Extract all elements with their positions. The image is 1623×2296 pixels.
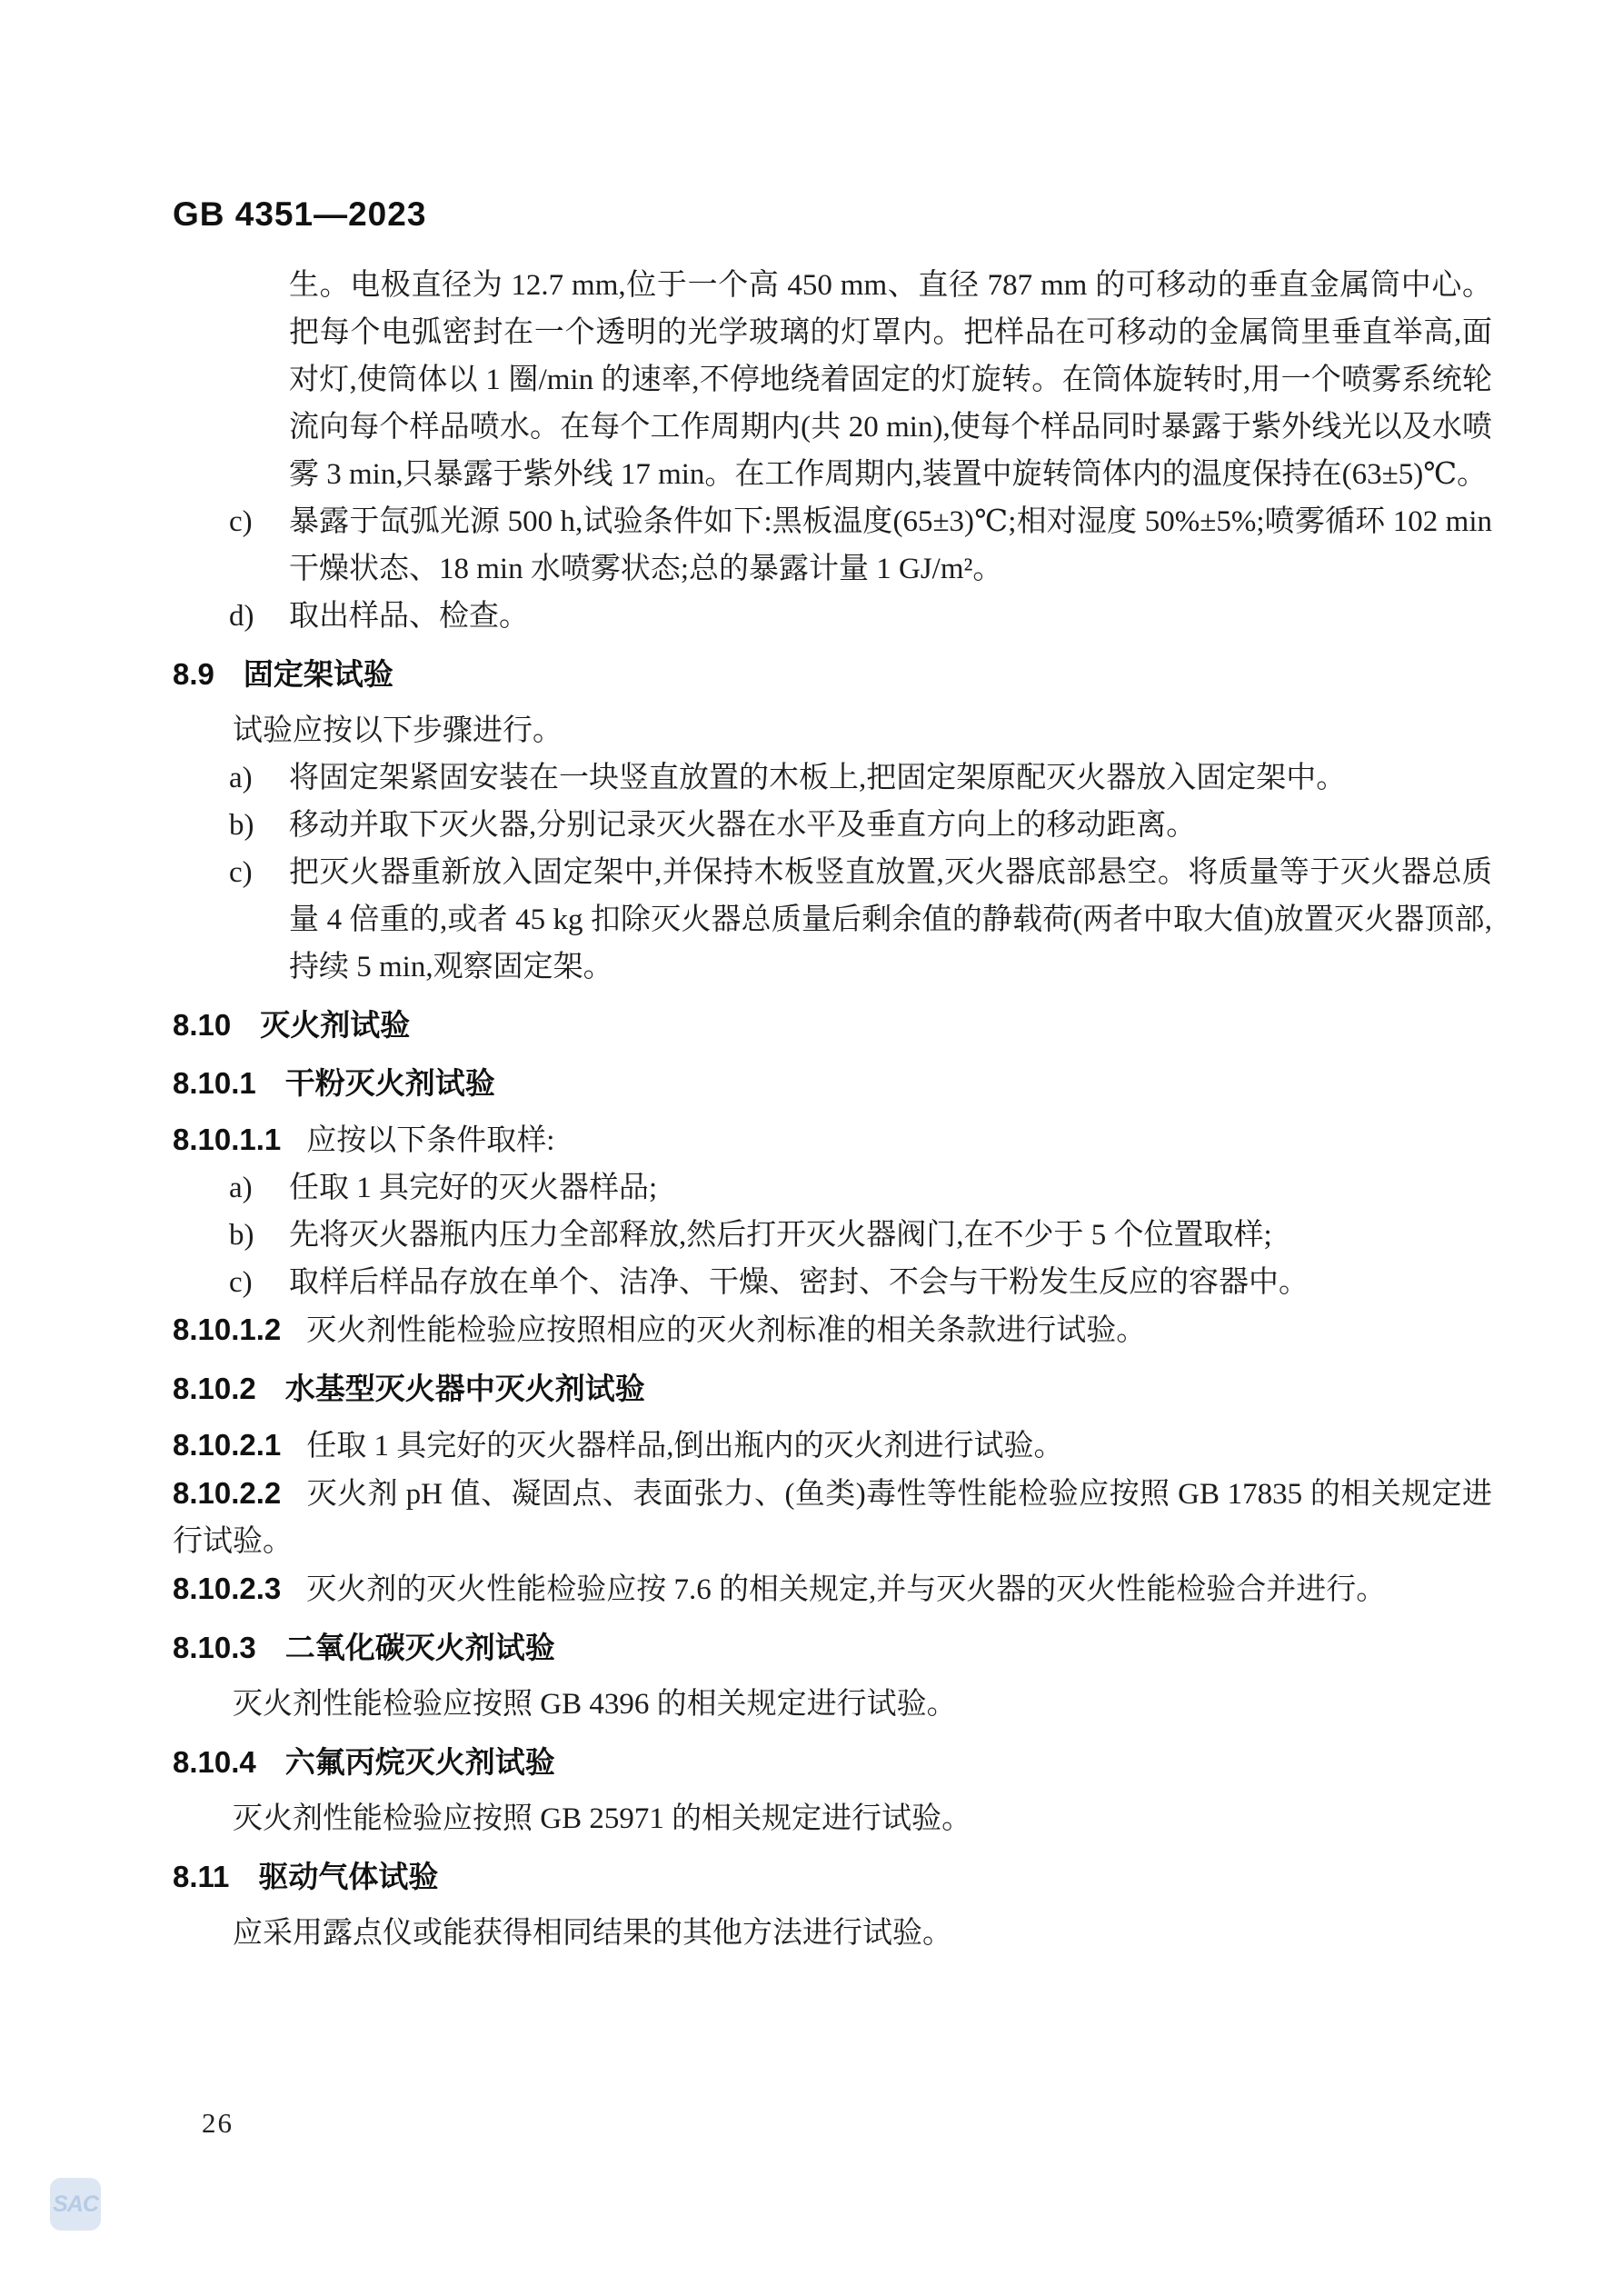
paragraph: 灭火剂性能检验应按照 GB 25971 的相关规定进行试验。 — [173, 1795, 1492, 1842]
page-number: 26 — [202, 2107, 234, 2140]
clause-8.10.1.2: 8.10.1.2灭火剂性能检验应按照相应的灭火剂标准的相关条款进行试验。 — [173, 1306, 1492, 1354]
section-heading-8.10.2: 8.10.2水基型灭火器中灭火剂试验 — [173, 1365, 1492, 1413]
section-number: 8.10 — [173, 1008, 231, 1042]
list-item-c: c) 把灭火器重新放入固定架中,并保持木板竖直放置,灭火器底部悬空。将质量等于灭… — [173, 849, 1492, 991]
list-item-text: 取样后样品存放在单个、洁净、干燥、密封、不会与干粉发生反应的容器中。 — [289, 1266, 1309, 1299]
list-item-a: a) 任取 1 具完好的灭火器样品; — [173, 1164, 1492, 1212]
clause-8.10.1.1: 8.10.1.1应按以下条件取样: — [173, 1116, 1492, 1164]
section-title: 水基型灭火器中灭火剂试验 — [285, 1372, 645, 1405]
section-title: 驱动气体试验 — [258, 1860, 438, 1893]
section-number: 8.10.1 — [173, 1066, 256, 1100]
clause-text: 灭火剂性能检验应按照相应的灭火剂标准的相关条款进行试验。 — [306, 1314, 1146, 1347]
list-item-label: c) — [229, 1259, 253, 1306]
list-item-b: b) 移动并取下灭火器,分别记录灭火器在水平及垂直方向上的移动距离。 — [173, 802, 1492, 849]
list-item-text: 先将灭火器瓶内压力全部释放,然后打开灭火器阀门,在不少于 5 个位置取样; — [289, 1219, 1272, 1252]
list-item-label: c) — [229, 498, 253, 545]
paragraph-continuation: 生。电极直径为 12.7 mm,位于一个高 450 mm、直径 787 mm 的… — [289, 262, 1492, 498]
clause-number: 8.10.2.2 — [173, 1476, 281, 1510]
list-item-label: a) — [229, 754, 253, 802]
list-item-b: b) 先将灭火器瓶内压力全部释放,然后打开灭火器阀门,在不少于 5 个位置取样; — [173, 1212, 1492, 1259]
section-title: 六氟丙烷灭火剂试验 — [285, 1745, 555, 1779]
paragraph: 灭火剂性能检验应按照 GB 4396 的相关规定进行试验。 — [173, 1681, 1492, 1728]
document-page: GB 4351—2023 生。电极直径为 12.7 mm,位于一个高 450 m… — [0, 0, 1623, 2296]
list-item-label: b) — [229, 802, 254, 849]
list-item-label: b) — [229, 1212, 254, 1259]
section-number: 8.11 — [173, 1860, 229, 1893]
list-item-label: d) — [229, 593, 254, 640]
clause-number: 8.10.2.1 — [173, 1428, 281, 1462]
document-body: 生。电极直径为 12.7 mm,位于一个高 450 mm、直径 787 mm 的… — [173, 262, 1492, 1957]
section-heading-8.10.4: 8.10.4六氟丙烷灭火剂试验 — [173, 1739, 1492, 1786]
list-item-c: c) 暴露于氙弧光源 500 h,试验条件如下:黑板温度(65±3)℃;相对湿度… — [173, 498, 1492, 593]
list-item-text: 移动并取下灭火器,分别记录灭火器在水平及垂直方向上的移动距离。 — [289, 809, 1196, 842]
clause-8.10.2.2: 8.10.2.2灭火剂 pH 值、凝固点、表面张力、(鱼类)毒性等性能检验应按照… — [173, 1470, 1492, 1565]
section-title: 灭火剂试验 — [260, 1008, 410, 1042]
list-item-a: a) 将固定架紧固安装在一块竖直放置的木板上,把固定架原配灭火器放入固定架中。 — [173, 754, 1492, 802]
clause-text: 灭火剂的灭火性能检验应按 7.6 的相关规定,并与灭火器的灭火性能检验合并进行。 — [306, 1573, 1386, 1606]
clause-number: 8.10.2.3 — [173, 1572, 281, 1605]
list-item-d: d) 取出样品、检查。 — [173, 593, 1492, 640]
section-number: 8.10.4 — [173, 1745, 256, 1779]
standard-code-header: GB 4351—2023 — [173, 195, 426, 234]
list-item-text: 将固定架紧固安装在一块竖直放置的木板上,把固定架原配灭火器放入固定架中。 — [289, 762, 1346, 794]
sac-watermark-logo: SAC — [50, 2178, 101, 2231]
section-title: 干粉灭火剂试验 — [285, 1066, 495, 1100]
clause-text: 应按以下条件取样: — [306, 1124, 554, 1157]
clause-text: 灭火剂 pH 值、凝固点、表面张力、(鱼类)毒性等性能检验应按照 GB 1783… — [173, 1478, 1492, 1558]
section-heading-8.10: 8.10灭火剂试验 — [173, 1002, 1492, 1049]
section-number: 8.9 — [173, 657, 214, 691]
clause-number: 8.10.1.2 — [173, 1313, 281, 1346]
list-item-text: 任取 1 具完好的灭火器样品; — [289, 1172, 657, 1204]
list-item-text: 暴露于氙弧光源 500 h,试验条件如下:黑板温度(65±3)℃;相对湿度 50… — [289, 505, 1492, 585]
section-number: 8.10.2 — [173, 1372, 256, 1405]
section-title: 固定架试验 — [244, 657, 393, 691]
clause-8.10.2.3: 8.10.2.3灭火剂的灭火性能检验应按 7.6 的相关规定,并与灭火器的灭火性… — [173, 1565, 1492, 1613]
list-item-label: a) — [229, 1164, 253, 1212]
section-heading-8.10.3: 8.10.3二氧化碳灭火剂试验 — [173, 1624, 1492, 1672]
list-item-text: 取出样品、检查。 — [289, 600, 529, 633]
list-item-label: c) — [229, 849, 253, 896]
section-heading-8.9: 8.9固定架试验 — [173, 651, 1492, 698]
list-item-text: 把灭火器重新放入固定架中,并保持木板竖直放置,灭火器底部悬空。将质量等于灭火器总… — [289, 856, 1492, 983]
section-title: 二氧化碳灭火剂试验 — [285, 1631, 555, 1664]
paragraph: 应采用露点仪或能获得相同结果的其他方法进行试验。 — [173, 1910, 1492, 1957]
section-number: 8.10.3 — [173, 1631, 256, 1664]
section-heading-8.11: 8.11驱动气体试验 — [173, 1853, 1492, 1901]
clause-text: 任取 1 具完好的灭火器样品,倒出瓶内的灭火剂进行试验。 — [306, 1430, 1063, 1462]
section-heading-8.10.1: 8.10.1干粉灭火剂试验 — [173, 1060, 1492, 1107]
clause-number: 8.10.1.1 — [173, 1123, 281, 1156]
list-item-c: c) 取样后样品存放在单个、洁净、干燥、密封、不会与干粉发生反应的容器中。 — [173, 1259, 1492, 1306]
clause-8.10.2.1: 8.10.2.1任取 1 具完好的灭火器样品,倒出瓶内的灭火剂进行试验。 — [173, 1422, 1492, 1470]
paragraph: 试验应按以下步骤进行。 — [173, 707, 1492, 754]
